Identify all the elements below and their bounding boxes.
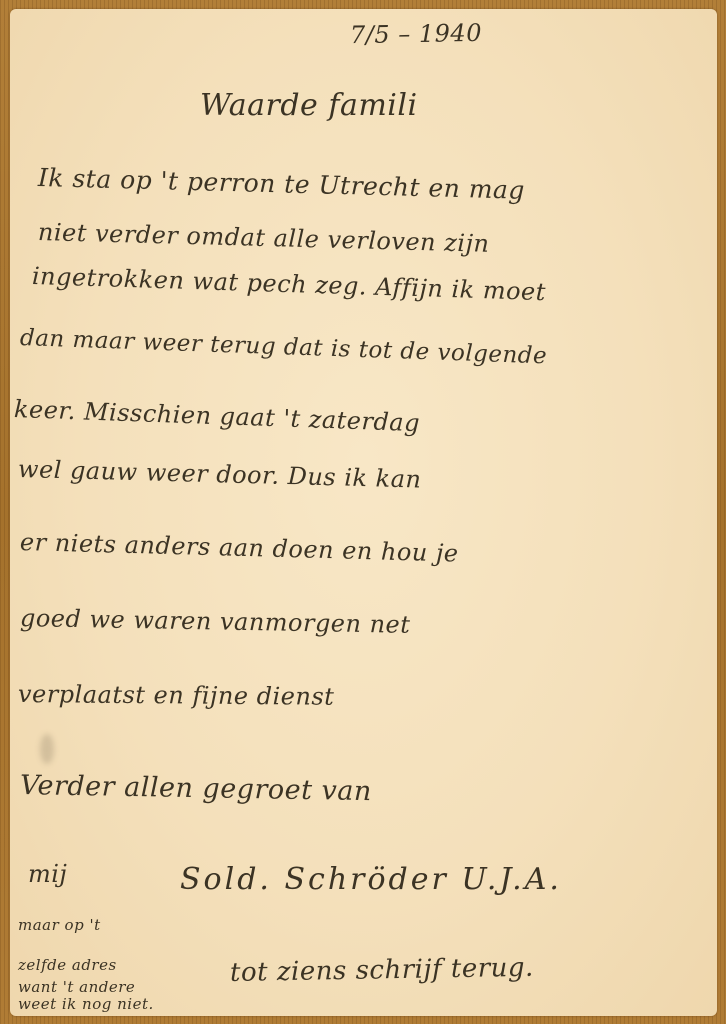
body-line: Verder allen gegroet van	[20, 770, 372, 807]
margin-note-line: want 't andere	[18, 980, 135, 995]
salutation: Waarde famili	[200, 88, 418, 123]
margin-note-line: maar op 't	[18, 918, 101, 933]
margin-note-line: zelfde adres	[18, 958, 117, 973]
signature: Sold. Schröder U.J.A.	[180, 862, 562, 897]
body-line: mij	[28, 860, 67, 888]
margin-note-line: weet ik nog niet.	[18, 997, 154, 1012]
letter-date: 7/5 – 1940	[350, 19, 482, 49]
ink-smudge	[40, 734, 54, 764]
closing-line: tot ziens schrijf terug.	[230, 953, 534, 988]
body-line: verplaatst en fijne dienst	[18, 680, 335, 711]
